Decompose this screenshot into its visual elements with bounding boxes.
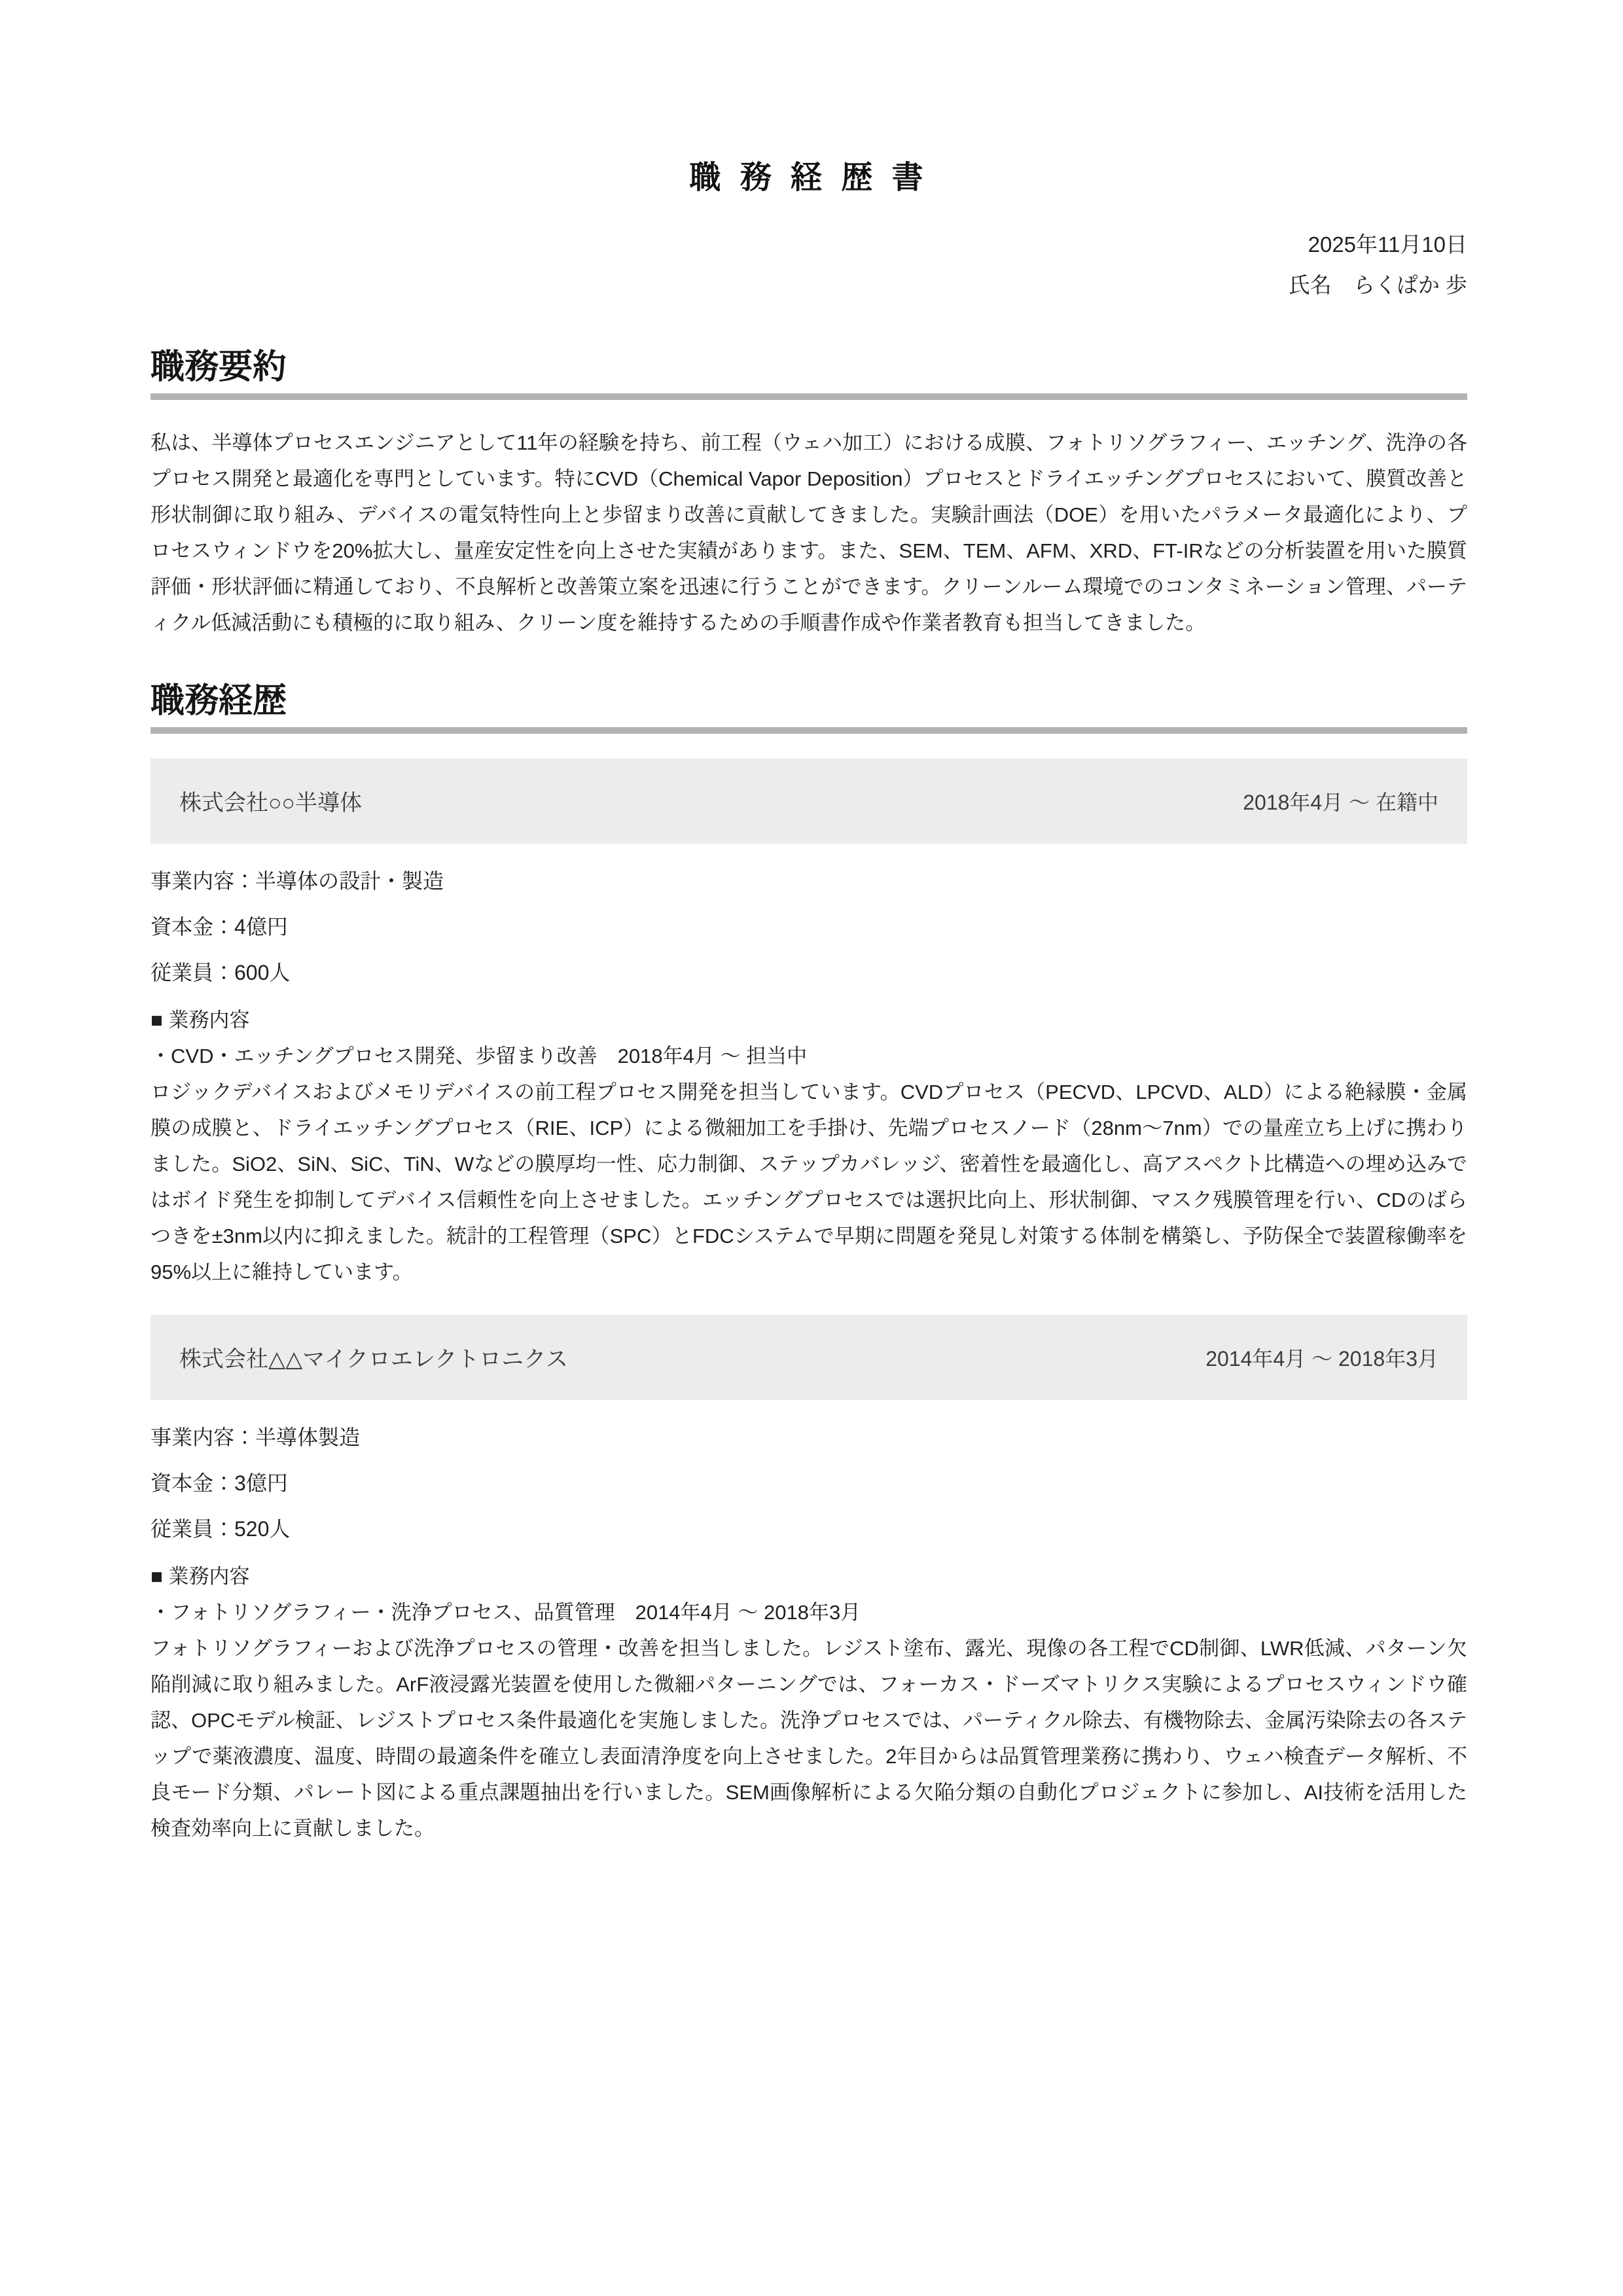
company-meta: 事業内容：半導体の設計・製造 資本金：4億円 従業員：600人 bbox=[151, 858, 1467, 996]
company-duties: ■ 業務内容 ・CVD・エッチングプロセス開発、歩留まり改善 2018年4月 〜… bbox=[151, 1002, 1467, 1290]
history-section: 職務経歴 株式会社○○半導体 2018年4月 〜 在籍中 事業内容：半導体の設計… bbox=[151, 681, 1467, 1846]
header-meta: 2025年11月10日 氏名 らくぱか 歩 bbox=[151, 224, 1467, 306]
company-capital: 資本金：3億円 bbox=[151, 1460, 1467, 1506]
company-period: 2014年4月 〜 2018年3月 bbox=[1205, 1342, 1438, 1372]
duties-heading: ■ 業務内容 bbox=[151, 1002, 1467, 1038]
company-name: 株式会社○○半導体 bbox=[179, 785, 362, 817]
company-business: 事業内容：半導体製造 bbox=[151, 1414, 1467, 1460]
company-name: 株式会社△△マイクロエレクトロニクス bbox=[179, 1341, 568, 1373]
company-meta: 事業内容：半導体製造 資本金：3億円 従業員：520人 bbox=[151, 1414, 1467, 1552]
issue-date: 2025年11月10日 bbox=[151, 224, 1467, 265]
summary-divider-bar bbox=[151, 393, 1467, 400]
company-employees: 従業員：520人 bbox=[151, 1506, 1467, 1552]
company-card: 株式会社△△マイクロエレクトロニクス 2014年4月 〜 2018年3月 bbox=[151, 1315, 1467, 1400]
summary-heading: 職務要約 bbox=[151, 348, 1467, 387]
company-capital: 資本金：4億円 bbox=[151, 904, 1467, 950]
duties-heading: ■ 業務内容 bbox=[151, 1558, 1467, 1594]
applicant-name: 氏名 らくぱか 歩 bbox=[151, 265, 1467, 306]
company-period: 2018年4月 〜 在籍中 bbox=[1243, 786, 1438, 816]
company-description: フォトリソグラフィーおよび洗浄プロセスの管理・改善を担当しました。レジスト塗布、… bbox=[151, 1630, 1467, 1846]
company-description: ロジックデバイスおよびメモリデバイスの前工程プロセス開発を担当しています。CVD… bbox=[151, 1074, 1467, 1290]
role-line: ・CVD・エッチングプロセス開発、歩留まり改善 2018年4月 〜 担当中 bbox=[151, 1038, 1467, 1074]
resume-page: 職 務 経 歴 書 2025年11月10日 氏名 らくぱか 歩 職務要約 私は、… bbox=[0, 0, 1623, 2296]
history-heading: 職務経歴 bbox=[151, 681, 1467, 721]
summary-section: 職務要約 私は、半導体プロセスエンジニアとして11年の経験を持ち、前工程（ウェハ… bbox=[151, 348, 1467, 641]
company-card: 株式会社○○半導体 2018年4月 〜 在籍中 bbox=[151, 759, 1467, 844]
summary-body: 私は、半導体プロセスエンジニアとして11年の経験を持ち、前工程（ウェハ加工）にお… bbox=[151, 425, 1467, 641]
role-line: ・フォトリソグラフィー・洗浄プロセス、品質管理 2014年4月 〜 2018年3… bbox=[151, 1594, 1467, 1630]
company-business: 事業内容：半導体の設計・製造 bbox=[151, 858, 1467, 904]
history-divider-bar bbox=[151, 727, 1467, 734]
company-employees: 従業員：600人 bbox=[151, 950, 1467, 996]
document-title: 職 務 経 歴 書 bbox=[151, 0, 1467, 196]
company-duties: ■ 業務内容 ・フォトリソグラフィー・洗浄プロセス、品質管理 2014年4月 〜… bbox=[151, 1558, 1467, 1846]
